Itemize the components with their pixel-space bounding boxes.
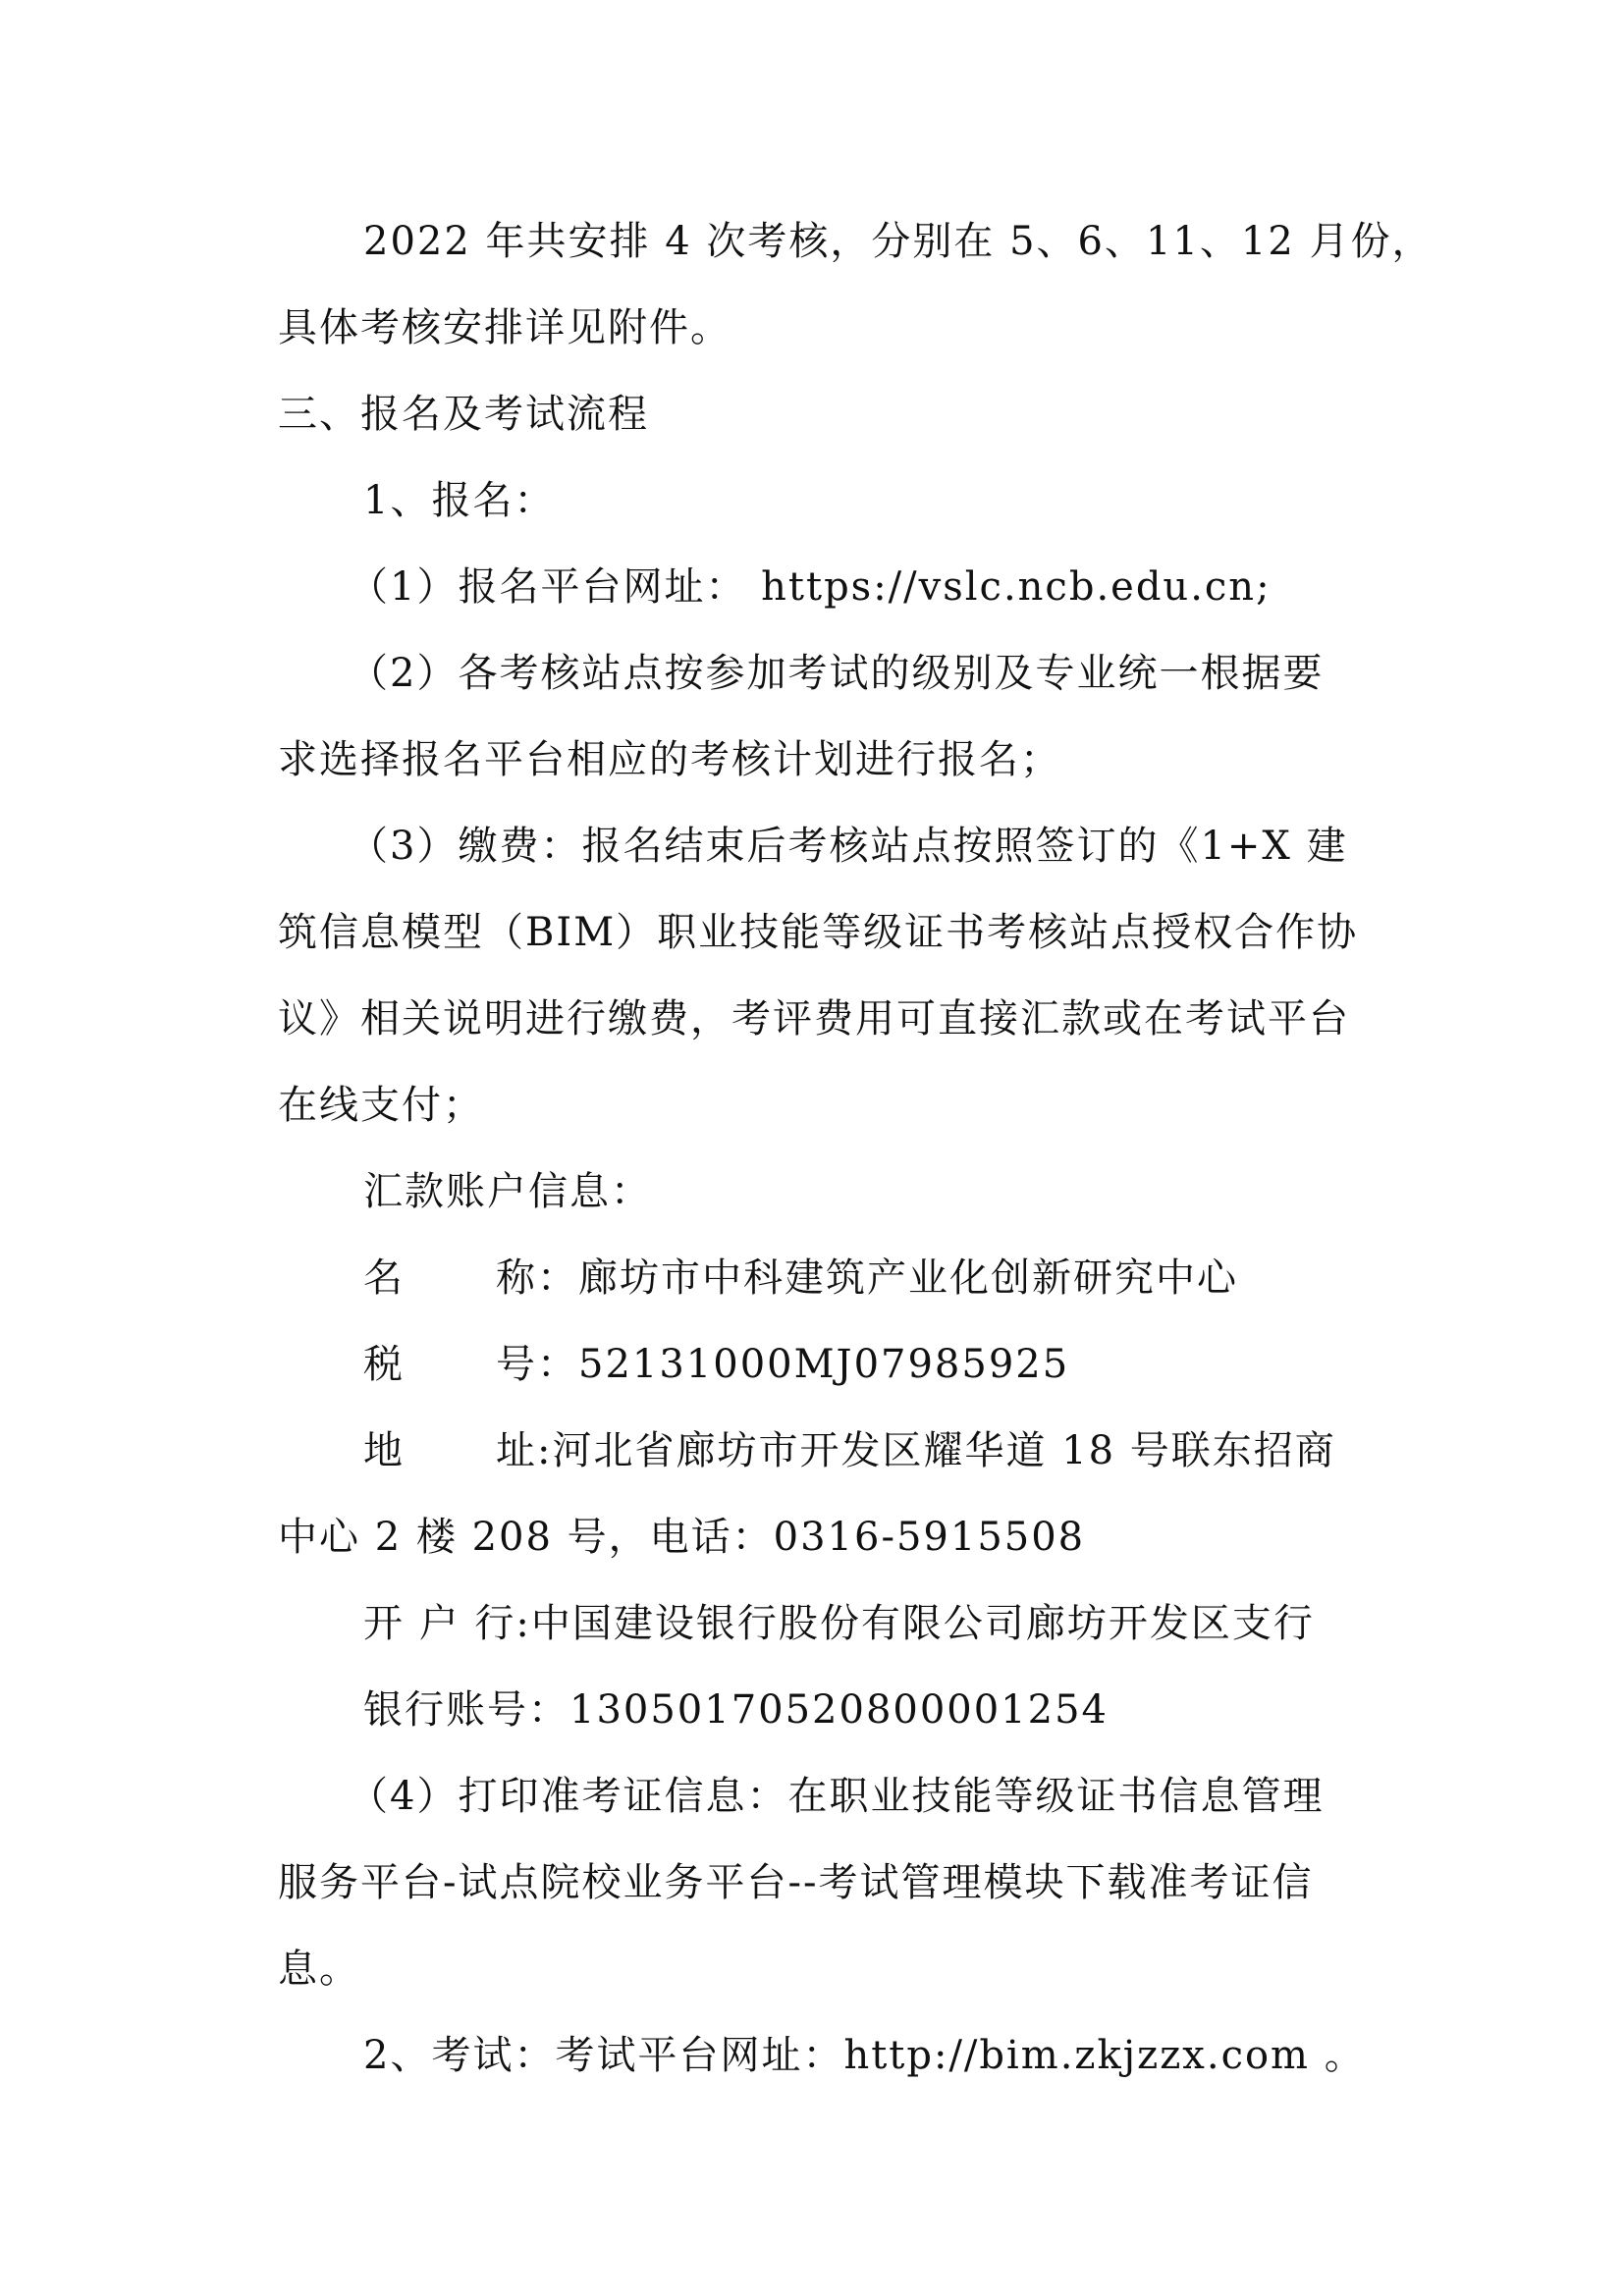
account-address-label-b: 址: [496, 1421, 552, 1480]
account-bank-row: 开 户 行:中国建设银行股份有限公司廊坊开发区支行 [363, 1594, 1478, 1653]
subheading-exam-url: 2、考试：考试平台网址：http://bim.zkjzzx.com 。 [363, 2026, 1478, 2085]
account-tax-row: 税号：52131000MJ07985925 [363, 1335, 1478, 1394]
account-address-label-a: 地 [363, 1421, 496, 1480]
account-bank-label: 开 户 行: [363, 1594, 531, 1653]
item-print-admission: （4）打印准考证信息：在职业技能等级证书信息管理 [349, 1767, 1463, 1826]
account-name-row: 名称：廊坊市中科建筑产业化创新研究中心 [363, 1249, 1478, 1308]
account-address-row: 地址:河北省廊坊市开发区耀华道 18 号联东招商 [363, 1421, 1478, 1480]
item-payment-cont-3: 在线支付； [278, 1076, 1392, 1135]
paragraph-exam-schedule-cont: 具体考核安排详见附件。 [278, 298, 1392, 357]
account-tax-label-b: 号： [496, 1335, 578, 1394]
item-registration-url: （1）报名平台网址： https://vslc.ncb.edu.cn; [349, 558, 1463, 616]
paragraph-exam-schedule: 2022 年共安排 4 次考核，分别在 5、6、11、12 月份， [363, 212, 1478, 271]
section-heading-registration: 三、报名及考试流程 [278, 385, 1392, 444]
account-name-label-b: 称： [496, 1249, 578, 1308]
account-tax-label-a: 税 [363, 1335, 496, 1394]
item-registration-plan-cont: 求选择报名平台相应的考核计划进行报名； [278, 730, 1392, 789]
item-print-admission-cont-2: 息。 [278, 1940, 1392, 1999]
item-print-admission-cont-1: 服务平台-试点院校业务平台--考试管理模块下载准考证信 [278, 1853, 1392, 1912]
item-payment-cont-1: 筑信息模型（BIM）职业技能等级证书考核站点授权合作协 [278, 903, 1392, 962]
item-payment-cont-2: 议》相关说明进行缴费，考评费用可直接汇款或在考试平台 [278, 989, 1392, 1048]
account-address-value: 河北省廊坊市开发区耀华道 18 号联东招商 [552, 1428, 1335, 1473]
account-bank-value: 中国建设银行股份有限公司廊坊开发区支行 [531, 1601, 1315, 1646]
document-page: 2022 年共安排 4 次考核，分别在 5、6、11、12 月份， 具体考核安排… [0, 0, 1624, 2296]
account-tax-value: 52131000MJ07985925 [578, 1342, 1069, 1387]
account-name-label-a: 名 [363, 1249, 496, 1308]
subheading-registration: 1、报名： [363, 471, 1478, 530]
account-info-heading: 汇款账户信息： [363, 1162, 1478, 1221]
account-number-row: 银行账号：13050170520800001254 [363, 1681, 1478, 1739]
item-registration-plan: （2）各考核站点按参加考试的级别及专业统一根据要 [349, 644, 1463, 703]
item-payment: （3）缴费：报名结束后考核站点按照签订的《1+X 建 [349, 817, 1463, 876]
account-name-value: 廊坊市中科建筑产业化创新研究中心 [578, 1255, 1238, 1301]
account-address-cont: 中心 2 楼 208 号，电话：0316-5915508 [278, 1508, 1392, 1567]
